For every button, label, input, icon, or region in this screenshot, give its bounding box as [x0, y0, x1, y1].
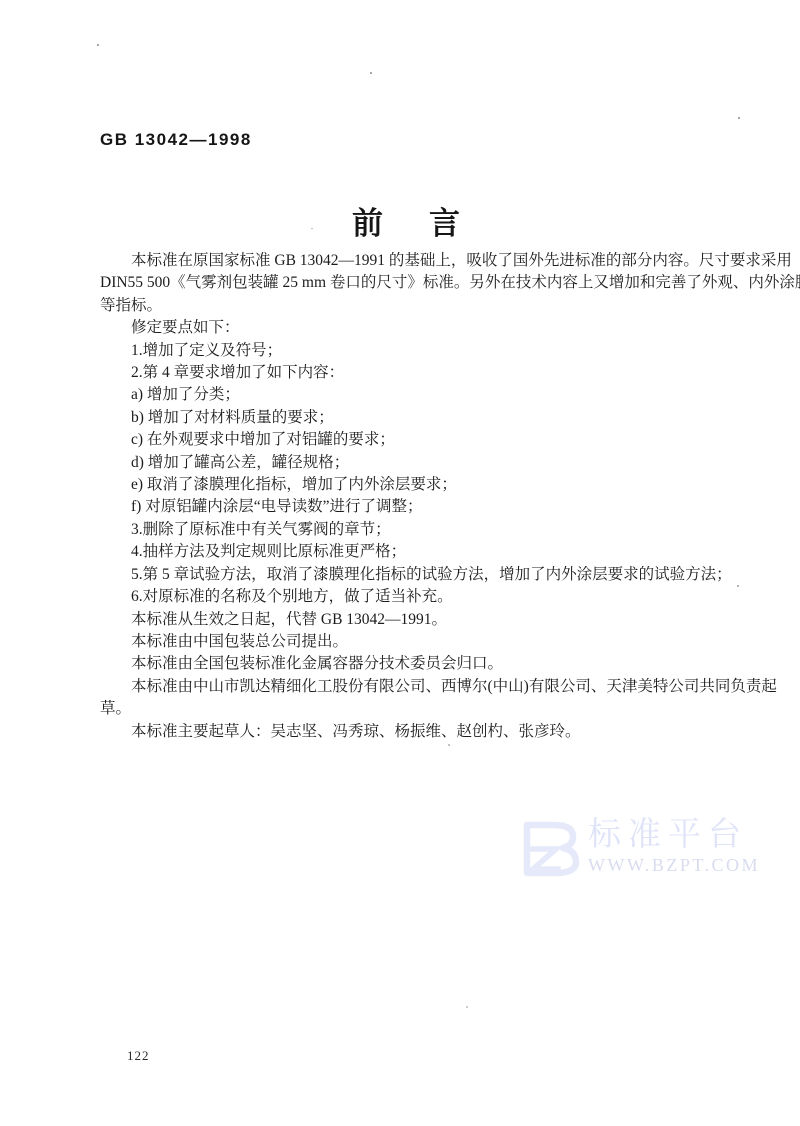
text-line: 本标准从生效之日起，代替 GB 13042—1991。	[100, 609, 712, 631]
text-line: 2.第 4 章要求增加了如下内容：	[100, 362, 712, 384]
text-line: 等指标。	[100, 295, 712, 317]
text-line: 本标准由中国包装总公司提出。	[100, 631, 712, 653]
watermark-url: WWW.BZPT.COM	[588, 855, 760, 875]
text-line: a) 增加了分类；	[100, 384, 712, 406]
text-line: 3.删除了原标准中有关气雾阀的章节；	[100, 519, 712, 541]
text-line: 本标准由中山市凯达精细化工股份有限公司、西博尔(中山)有限公司、天津美特公司共同…	[100, 676, 712, 698]
page-title-text: 前言	[352, 206, 506, 241]
watermark-texts: 标准平台 WWW.BZPT.COM	[588, 816, 760, 875]
standard-number: GB 13042—1998	[100, 130, 252, 150]
foreword-body: 本标准在原国家标准 GB 13042—1991 的基础上，吸收了国外先进标准的部…	[100, 250, 712, 743]
text-line: 本标准由全国包装标准化金属容器分技术委员会归口。	[100, 653, 712, 675]
bzpt-logo-icon	[520, 820, 582, 883]
document-page: GB 13042—1998 前言 本标准在原国家标准 GB 13042—1991…	[0, 0, 800, 1126]
text-line: DIN55 500《气雾剂包装罐 25 mm 卷口的尺寸》标准。另外在技术内容上…	[100, 272, 712, 294]
text-line: c) 在外观要求中增加了对铝罐的要求；	[100, 429, 712, 451]
text-line: e) 取消了漆膜理化指标，增加了内外涂层要求；	[100, 474, 712, 496]
text-line: 4.抽样方法及判定规则比原标准更严格；	[100, 541, 712, 563]
text-line: f) 对原铝罐内涂层“电导读数”进行了调整；	[100, 496, 712, 518]
page-title: 前言	[100, 198, 712, 243]
watermark-name: 标准平台	[588, 816, 760, 852]
text-line: 本标准主要起草人：吴志坚、冯秀琼、杨振维、赵创杓、张彦玲。	[100, 721, 712, 743]
text-line: d) 增加了罐高公差，罐径规格；	[100, 452, 712, 474]
text-line: 修定要点如下：	[100, 317, 712, 339]
watermark: 标准平台 WWW.BZPT.COM	[520, 816, 760, 883]
text-line: 6.对原标准的名称及个别地方，做了适当补充。	[100, 586, 712, 608]
text-line: 本标准在原国家标准 GB 13042—1991 的基础上，吸收了国外先进标准的部…	[100, 250, 712, 272]
page-number: 122	[127, 1048, 150, 1064]
text-line: 5.第 5 章试验方法，取消了漆膜理化指标的试验方法，增加了内外涂层要求的试验方…	[100, 564, 712, 586]
text-line: 草。	[100, 698, 712, 720]
text-line: b) 增加了对材料质量的要求；	[100, 407, 712, 429]
text-line: 1.增加了定义及符号；	[100, 340, 712, 362]
